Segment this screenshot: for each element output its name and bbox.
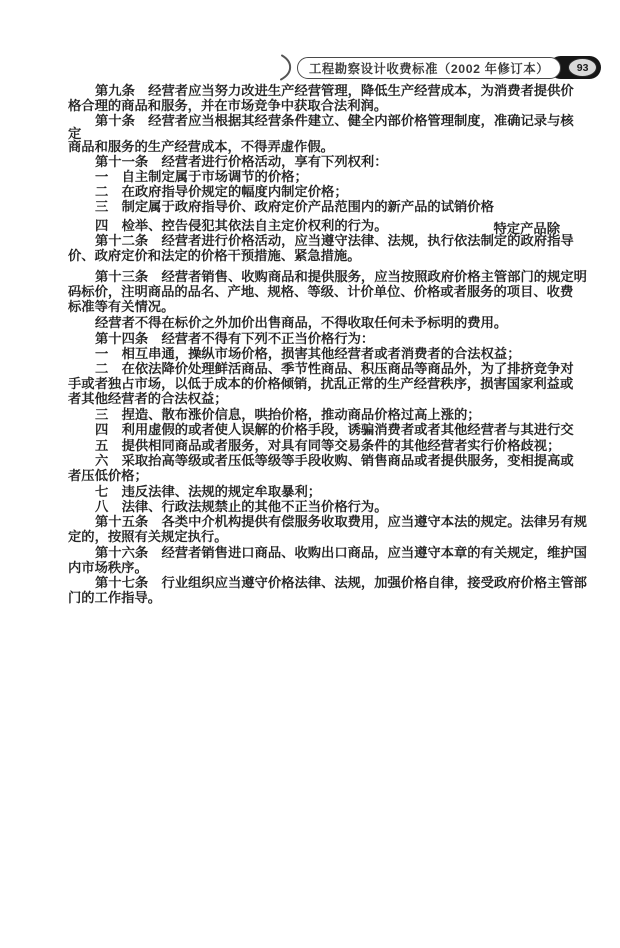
text-line: 三 制定属于政府指导价、政府定价产品范围内的新产品的试销价格 <box>68 199 572 214</box>
text-line: 定 <box>68 128 572 139</box>
text-line: 特定产品除四 检举、控告侵犯其依法自主定价权利的行为。 <box>68 218 572 233</box>
text-line: 价、政府定价和法定的价格干预措施、紧急措施。 <box>68 248 572 263</box>
text-line: 四 利用虚假的或者使人误解的价格手段，诱骗消费者或者其他经营者与其进行交 <box>68 422 572 437</box>
document-body: 第九条 经营者应当努力改进生产经营管理，降低生产经营成本，为消费者提供价格合理的… <box>68 83 572 605</box>
text-line: 第十五条 各类中介机构提供有偿服务收取费用，应当遵守本法的规定。法律另有规 <box>68 514 572 529</box>
text-line: 五 提供相同商品或者服务，对具有同等交易条件的其他经营者实行价格歧视； <box>68 438 572 453</box>
text-line: 定的，按照有关规定执行。 <box>68 529 572 544</box>
text-line: 七 违反法律、法规的规定牟取暴利； <box>68 484 572 499</box>
document-page: 工程勘察设计收费标准（2002 年修订本） 93 第九条 经营者应当努力改进生产… <box>0 0 620 948</box>
text-line: 八 法律、行政法规禁止的其他不正当价格行为。 <box>68 499 572 514</box>
text-line: 第十四条 经营者不得有下列不正当价格行为： <box>68 331 572 346</box>
text-line: 手或者独占市场，以低于成本的价格倾销，扰乱正常的生产经营秩序，损害国家利益或 <box>68 376 572 391</box>
text-line: 内市场秩序。 <box>68 560 572 575</box>
crescent-decoration-icon <box>278 54 295 81</box>
text-line: 一 相互串通，操纵市场价格，损害其他经营者或者消费者的合法权益； <box>68 346 572 361</box>
page-header-banner: 工程勘察设计收费标准（2002 年修订本） 93 <box>278 55 601 80</box>
text-line: 一 自主制定属于市场调节的价格； <box>68 169 572 184</box>
page-number-badge: 93 <box>568 58 597 77</box>
text-line: 门的工作指导。 <box>68 590 572 605</box>
text-line: 格合理的商品和服务，并在市场竞争中获取合法利润。 <box>68 98 572 113</box>
text-line: 六 采取抬高等级或者压低等级等手段收购、销售商品或者提供服务，变相提高或 <box>68 453 572 468</box>
text-line: 者压低价格； <box>68 468 572 483</box>
text-line: 第十六条 经营者销售进口商品、收购出口商品，应当遵守本章的有关规定，维护国 <box>68 545 572 560</box>
text-line: 经营者不得在标价之外加价出售商品，不得收取任何未予标明的费用。 <box>68 315 572 330</box>
text-line: 三 捏造、散布涨价信息，哄抬价格，推动商品价格过高上涨的； <box>68 407 572 422</box>
text-line: 第十一条 经营者进行价格活动，享有下列权利： <box>68 154 572 169</box>
margin-note: 特定产品除 <box>494 221 560 236</box>
text-line: 第十七条 行业组织应当遵守价格法律、法规，加强价格自律，接受政府价格主管部 <box>68 575 572 590</box>
text-line: 者其他经营者的合法权益； <box>68 391 572 406</box>
text-line: 第十三条 经营者销售、收购商品和提供服务，应当按照政府价格主管部门的规定明 <box>68 269 572 284</box>
text-line: 商品和服务的生产经营成本，不得弄虚作假。 <box>68 139 572 154</box>
text-line: 码标价，注明商品的品名、产地、规格、等级、计价单位、价格或者服务的项目、收费 <box>68 284 572 299</box>
text-line: 第九条 经营者应当努力改进生产经营管理，降低生产经营成本，为消费者提供价 <box>68 83 572 98</box>
text-line: 标准等有关情况。 <box>68 299 572 314</box>
text-line: 第十条 经营者应当根据其经营条件建立、健全内部价格管理制度，准确记录与核 <box>68 113 572 128</box>
text-line: 二 在政府指导价规定的幅度内制定价格； <box>68 184 572 199</box>
text-line: 二 在依法降价处理鲜活商品、季节性商品、积压商品等商品外，为了排挤竞争对 <box>68 361 572 376</box>
book-title: 工程勘察设计收费标准（2002 年修订本） <box>297 57 561 79</box>
